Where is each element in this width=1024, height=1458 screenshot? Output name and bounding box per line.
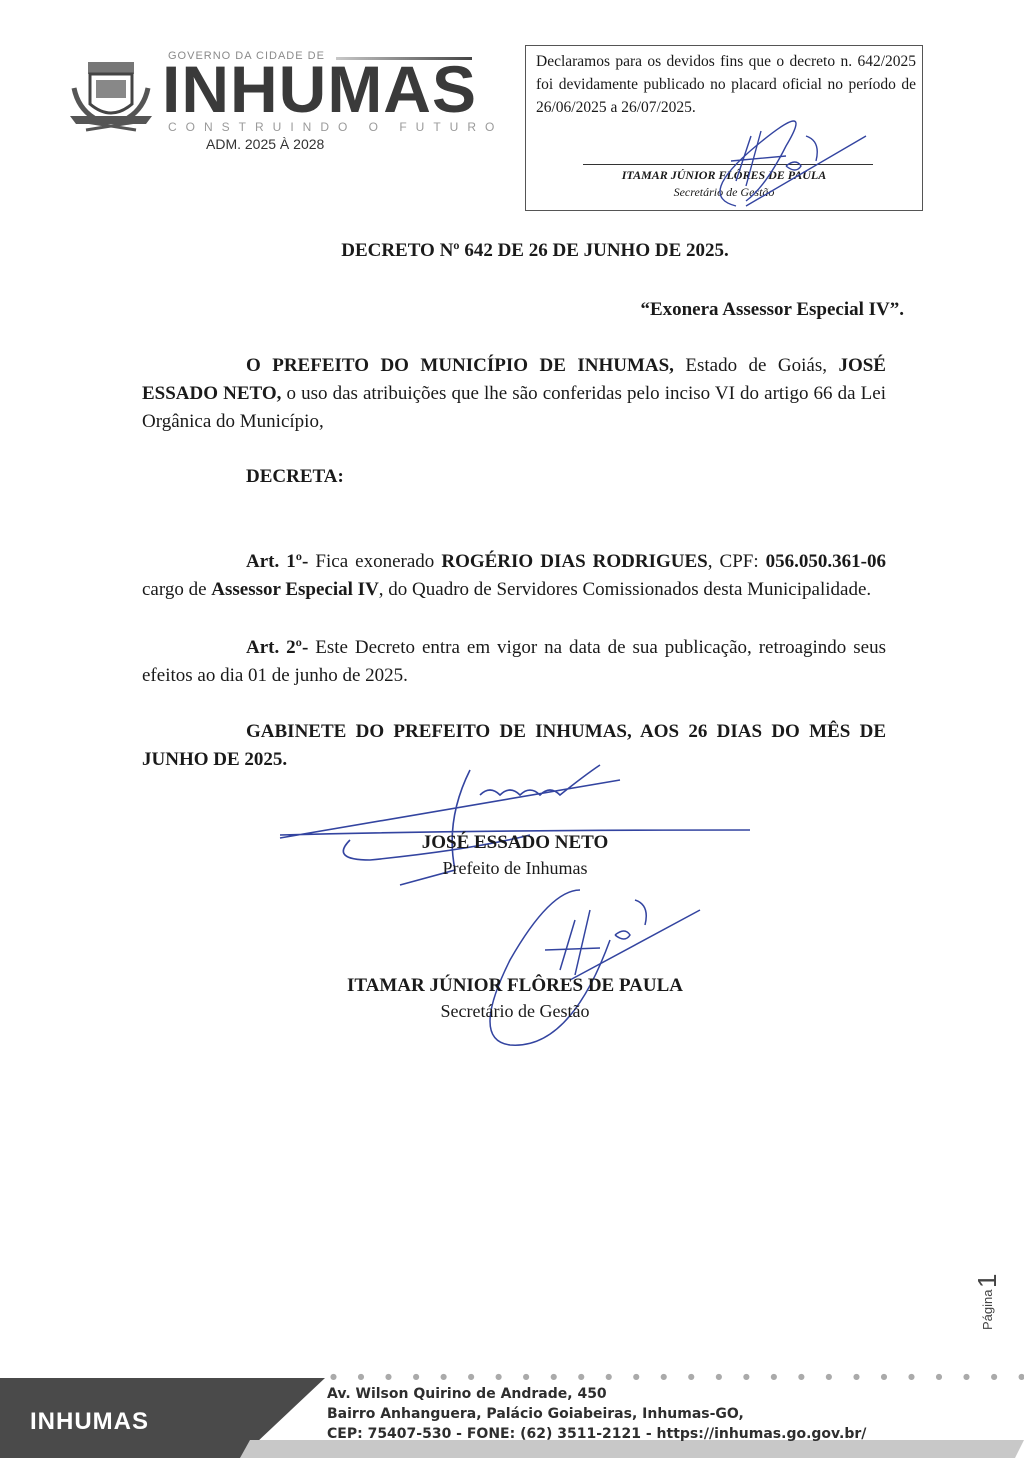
footer-logo: INHUMAS xyxy=(30,1408,149,1436)
article-text: cargo de xyxy=(142,579,211,600)
role-name: Assessor Especial IV xyxy=(211,579,379,600)
contact-line: CEP: 75407-530 - FONE: (62) 3511-2121 - … xyxy=(327,1424,866,1444)
preamble-authority: O PREFEITO DO MUNICÍPIO DE INHUMAS, xyxy=(246,355,674,376)
article-2-label: Art. 2º- xyxy=(246,637,308,658)
signer-role: Prefeito de Inhumas xyxy=(0,858,1024,879)
city-logo: GOVERNO DA CIDADE DE INHUMAS CONSTRUINDO… xyxy=(66,48,476,158)
exonerated-name: ROGÉRIO DIAS RODRIGUES xyxy=(441,551,707,572)
address-line: Bairro Anhanguera, Palácio Goiabeiras, I… xyxy=(327,1404,866,1424)
decree-title: DECRETO Nº 642 DE 26 DE JUNHO DE 2025. xyxy=(0,240,1024,262)
footer-address: Av. Wilson Quirino de Andrade, 450 Bairr… xyxy=(327,1384,866,1444)
preamble-text: Estado de Goiás, xyxy=(674,355,839,376)
article-text: Fica exonerado xyxy=(308,551,441,572)
decree-ementa: “Exonera Assessor Especial IV”. xyxy=(640,299,904,321)
page-label: Página xyxy=(980,1290,995,1330)
logo-administration: ADM. 2025 À 2028 xyxy=(206,136,324,152)
decreta-heading: DECRETA: xyxy=(246,463,990,491)
page-number: Página 1 xyxy=(968,1262,1024,1342)
logo-slogan: CONSTRUINDO O FUTURO xyxy=(168,120,503,134)
signer-name: JOSÉ ESSADO NETO xyxy=(0,832,1024,854)
article-text: , do Quadro de Servidores Comissionados … xyxy=(379,579,871,600)
page-number-value: 1 xyxy=(972,1274,1003,1288)
article-2: Art. 2º- Este Decreto entra em vigor na … xyxy=(142,634,886,690)
footer-dots: ● ● ● ● ● ● ● ● ● ● ● ● ● ● ● ● ● ● ● ● … xyxy=(330,1372,1024,1381)
article-1-label: Art. 1º- xyxy=(246,551,308,572)
article-1: Art. 1º- Fica exonerado ROGÉRIO DIAS ROD… xyxy=(142,548,886,604)
signer-name: ITAMAR JÚNIOR FLÔRES DE PAULA xyxy=(0,975,1024,997)
signer-role: Secretário de Gestão xyxy=(0,1001,1024,1022)
footer: ● ● ● ● ● ● ● ● ● ● ● ● ● ● ● ● ● ● ● ● … xyxy=(0,1370,1024,1458)
coat-of-arms-icon xyxy=(66,48,156,138)
publication-stamp: Declaramos para os devidos fins que o de… xyxy=(525,45,923,211)
signature-secretary: ITAMAR JÚNIOR FLÔRES DE PAULA Secretário… xyxy=(0,975,1024,1022)
stamp-signature-icon xyxy=(676,106,876,216)
cpf-number: 056.050.361-06 xyxy=(766,551,886,572)
address-line: Av. Wilson Quirino de Andrade, 450 xyxy=(327,1384,866,1404)
preamble-paragraph: O PREFEITO DO MUNICÍPIO DE INHUMAS, Esta… xyxy=(142,352,886,436)
secretary-signature-icon xyxy=(450,880,710,1060)
logo-main-text: INHUMAS xyxy=(162,56,477,122)
signature-mayor: JOSÉ ESSADO NETO Prefeito de Inhumas xyxy=(0,832,1024,879)
article-text: , CPF: xyxy=(708,551,766,572)
